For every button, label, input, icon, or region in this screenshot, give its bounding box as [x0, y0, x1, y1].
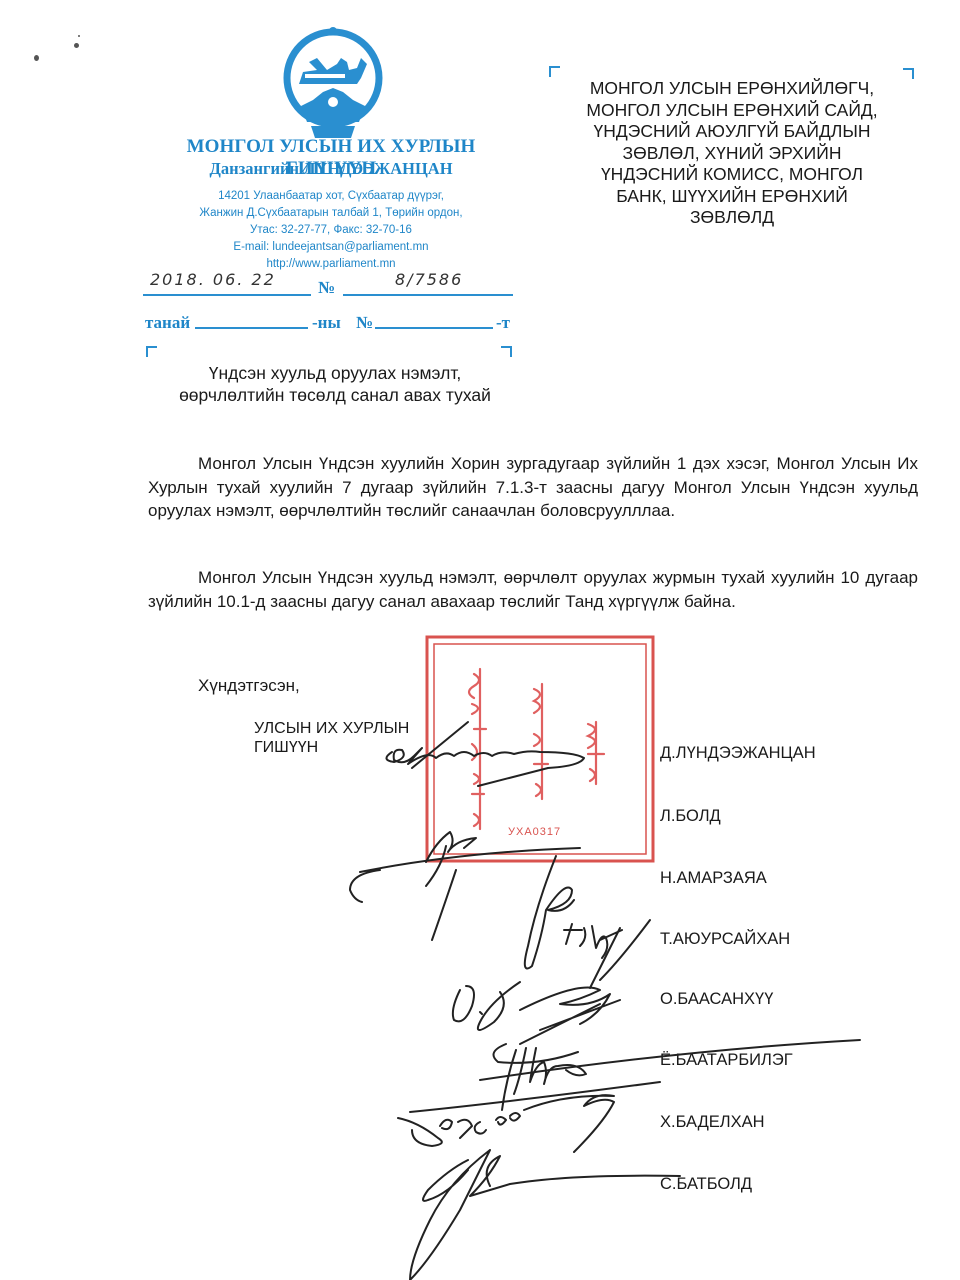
signature-8	[410, 1150, 680, 1280]
recipient-line: МОНГОЛ УЛСЫН ЕРӨНХИЙ САЙД,	[552, 100, 912, 122]
recipient-line: ҮНДЭСНИЙ АЮУЛГҮЙ БАЙДЛЫН	[552, 121, 912, 143]
scan-speck	[74, 43, 79, 48]
your-number-label: №	[356, 313, 373, 333]
your-suffix: -ны	[312, 313, 341, 333]
closing-salutation: Хүндэтгэсэн,	[198, 676, 300, 696]
email-link[interactable]: E-mail: lundeejantsan@parliament.mn	[140, 241, 522, 253]
body-paragraph-text: Монгол Улсын Үндсэн хуульд нэмэлт, өөрчл…	[148, 568, 918, 611]
signature-5	[453, 982, 620, 1044]
signer-name: Т.АЮУРСАЙХАН	[660, 930, 790, 949]
address-line: Жанжин Д.Сүхбаатарын талбай 1, Төрийн ор…	[140, 207, 522, 219]
body-paragraph: Монгол Улсын Үндсэн хуульд нэмэлт, өөрчл…	[148, 566, 918, 613]
signer-name: Х.БАДЕЛХАН	[660, 1113, 765, 1132]
signature-3	[525, 856, 574, 969]
signature-4	[564, 920, 650, 988]
signer-name: Ё.БААТАРБИЛЭГ	[660, 1051, 793, 1070]
subject-block: Үндсэн хуульд оруулах нэмэлт, өөрчлөлтий…	[150, 362, 520, 406]
website-link[interactable]: http://www.parliament.mn	[140, 258, 522, 270]
subject-line: Үндсэн хуульд оруулах нэмэлт,	[150, 362, 520, 384]
recipient-block: МОНГОЛ УЛСЫН ЕРӨНХИЙЛӨГЧ, МОНГОЛ УЛСЫН Е…	[552, 78, 912, 229]
subject-bracket-right	[501, 346, 512, 357]
stamp-code: УХА0317	[508, 826, 561, 838]
recipient-line: МОНГОЛ УЛСЫН ЕРӨНХИЙЛӨГЧ,	[552, 78, 912, 100]
address-line: 14201 Улаанбаатар хот, Сүхбаатар дүүрэг,	[140, 190, 522, 202]
signature-6	[494, 1044, 587, 1110]
position-block: УЛСЫН ИХ ХУРЛЫН ГИШҮҮН	[254, 719, 409, 757]
body-paragraph-text: Монгол Улсын Үндсэн хуулийн Хорин зургад…	[148, 454, 918, 520]
body-paragraph: Монгол Улсын Үндсэн хуулийн Хорин зургад…	[148, 452, 918, 523]
number-line	[343, 294, 513, 296]
signer-name: С.БАТБОЛД	[660, 1175, 752, 1194]
mongolian-state-emblem-icon	[277, 22, 389, 140]
scan-speck	[78, 35, 80, 37]
your-number-line	[375, 327, 493, 329]
your-number-suffix: -т	[496, 313, 510, 333]
date-handwritten: 2018. 06. 22	[150, 270, 276, 289]
your-date-line	[195, 327, 308, 329]
subject-bracket-left	[146, 346, 157, 357]
signer-name: Д.ЛҮНДЭЭЖАНЦАН	[660, 744, 816, 763]
phone-fax: Утас: 32-27-77, Факс: 32-70-16	[140, 224, 522, 236]
position-line: УЛСЫН ИХ ХУРЛЫН	[254, 719, 409, 738]
recipient-line: БАНК, ШҮҮХИЙН ЕРӨНХИЙ	[552, 186, 912, 208]
member-name: Данзангийн ЛҮНДЭЭЖАНЦАН	[140, 159, 522, 179]
recipient-line: ҮНДЭСНИЙ КОМИСС, МОНГОЛ	[552, 164, 912, 186]
number-handwritten: 8/7586	[395, 270, 463, 289]
scan-speck	[34, 55, 39, 61]
recipient-bracket-left	[549, 66, 560, 77]
recipient-line: ЗӨВЛӨЛ, ХҮНИЙ ЭРХИЙН	[552, 143, 912, 165]
signer-name: Н.АМАРЗАЯА	[660, 869, 767, 888]
subject-line: өөрчлөлтийн төсөлд санал авах тухай	[150, 384, 520, 406]
position-line: ГИШҮҮН	[254, 738, 409, 757]
your-label: танай	[145, 313, 190, 333]
recipient-line: ЗӨВЛӨЛД	[552, 207, 912, 229]
signer-name: Л.БОЛД	[660, 807, 721, 826]
date-line	[143, 294, 311, 296]
number-label: №	[318, 278, 335, 298]
signature-7	[398, 1082, 660, 1152]
signer-name: О.БААСАНХҮҮ	[660, 990, 773, 1009]
